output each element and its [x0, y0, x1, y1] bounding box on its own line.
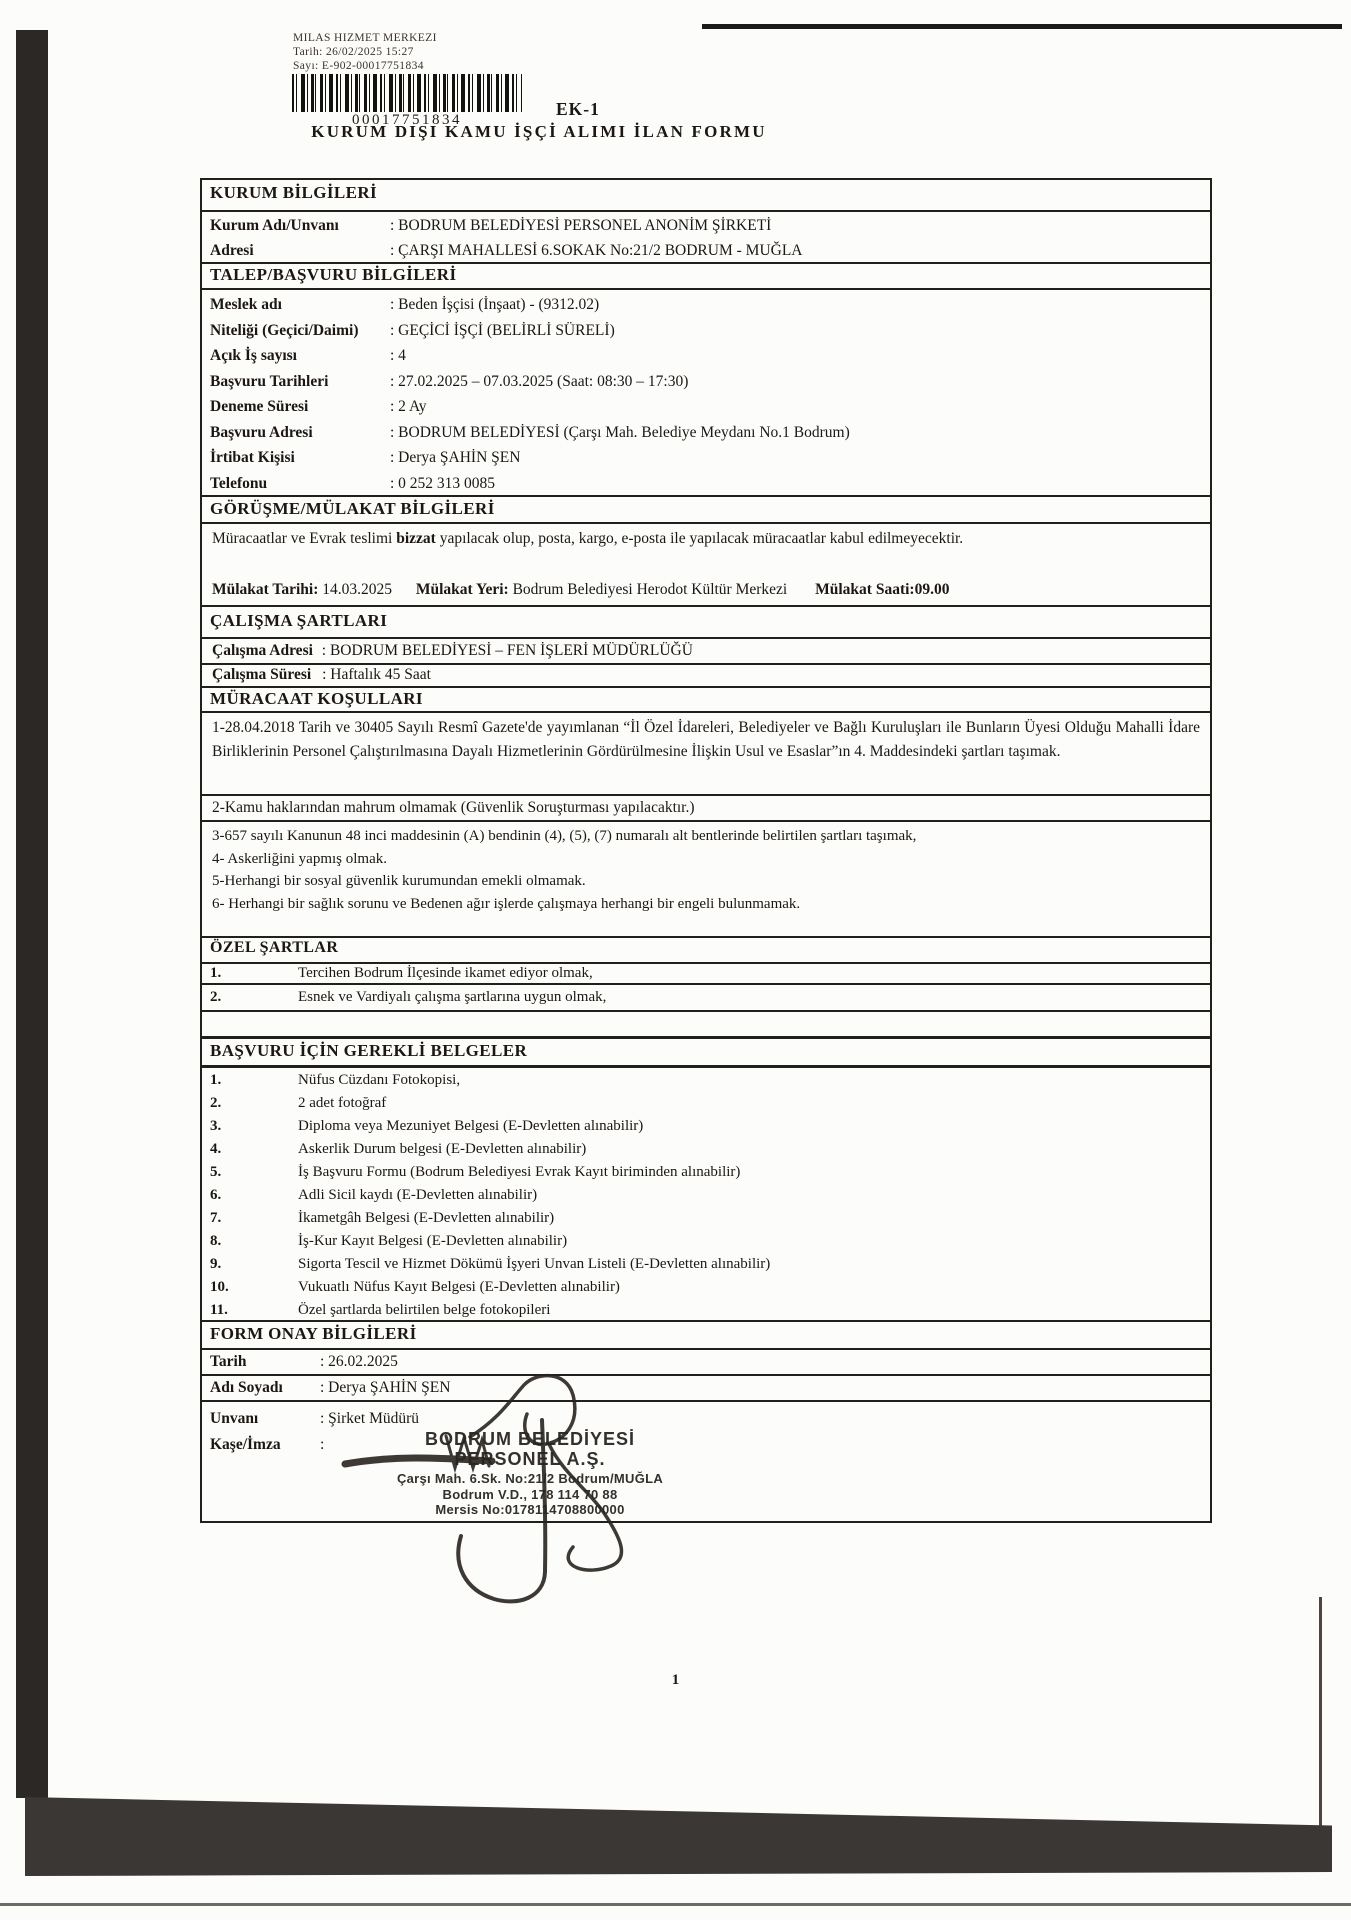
required-doc-row: 1.Nüfus Cüzdanı Fotokopisi,: [202, 1069, 1210, 1092]
company-stamp: BODRUM BELEDİYESİ PERSONEL A.Ş. Çarşı Ma…: [330, 1429, 730, 1518]
doc-text: Nüfus Cüzdanı Fotokopisi,: [298, 1069, 460, 1092]
required-doc-row: 2.2 adet fotoğraf: [202, 1092, 1210, 1115]
gorusme-text-post: yapılacak olup, posta, kargo, e-posta il…: [436, 530, 963, 547]
field-label: Kurum Adı/Unvanı: [210, 213, 390, 238]
field-row: Tarih : 26.02.2025: [202, 1350, 1210, 1376]
doc-number: 10.: [210, 1276, 298, 1299]
required-doc-row: 8.İş-Kur Kayıt Belgesi (E-Devletten alın…: [202, 1230, 1210, 1253]
section-header-talep: TALEP/BAŞVURU BİLGİLERİ: [202, 264, 1210, 290]
stamp-line-3: Çarşı Mah. 6.Sk. No:21/2 Bodrum/MUĞLA: [330, 1471, 730, 1487]
gorusme-text-bold: bizzat: [396, 530, 436, 547]
stamp-line-5: Mersis No:0178114708800000: [330, 1502, 730, 1518]
mulakat-yer-label: Mülakat Yeri:: [416, 581, 509, 598]
field-value: : 26.02.2025: [320, 1350, 1202, 1374]
doc-number: 6.: [210, 1184, 298, 1207]
mulakat-yer-value: Bodrum Belediyesi Herodot Kültür Merkezi: [509, 581, 788, 598]
doc-number: 2.: [210, 1092, 298, 1115]
field-label: Niteliği (Geçici/Daimi): [210, 318, 390, 344]
field-label: Unvanı: [210, 1406, 320, 1432]
bottom-scan-band: [25, 1797, 1332, 1876]
section-header-calisma: ÇALIŞMA ŞARTLARI: [202, 607, 1210, 639]
field-label: Çalışma Adresi: [212, 642, 313, 659]
muracaat-item-4: 4- Askerliğini yapmış olmak.: [212, 848, 1200, 871]
required-doc-row: 9.Sigorta Tescil ve Hizmet Dökümü İşyeri…: [202, 1253, 1210, 1276]
field-value: : 4: [390, 343, 1202, 369]
service-center-name: MILAS HIZMET MERKEZI: [293, 31, 437, 45]
kurum-block: Kurum Adı/Unvanı : BODRUM BELEDİYESİ PER…: [202, 212, 1210, 264]
doc-number: 8.: [210, 1230, 298, 1253]
top-right-scan-line: [702, 24, 1342, 29]
doc-number: 4.: [210, 1138, 298, 1161]
muracaat-item-2: 2-Kamu haklarından mahrum olmamak (Güven…: [202, 796, 1210, 822]
doc-text: İş-Kur Kayıt Belgesi (E-Devletten alınab…: [298, 1230, 567, 1253]
mulakat-tarih-value: 14.03.2025: [318, 581, 392, 598]
required-doc-row: 4.Askerlik Durum belgesi (E-Devletten al…: [202, 1138, 1210, 1161]
bottom-scan-line: [0, 1903, 1351, 1906]
barcode: [292, 74, 522, 112]
field-label: Başvuru Tarihleri: [210, 369, 390, 395]
doc-text: İş Başvuru Formu (Bodrum Belediyesi Evra…: [298, 1161, 740, 1184]
section-header-kurum: KURUM BİLGİLERİ: [202, 180, 1210, 212]
item-text: Esnek ve Vardiyalı çalışma şartlarına uy…: [298, 985, 606, 1010]
field-value: : Derya ŞAHİN ŞEN: [320, 1376, 1202, 1400]
right-scan-line: [1319, 1597, 1322, 1829]
field-value: : BODRUM BELEDİYESİ PERSONEL ANONİM ŞİRK…: [390, 213, 1202, 238]
page-number: 1: [0, 1672, 1351, 1689]
doc-number: 11.: [210, 1299, 298, 1322]
ozel-item-row: 2. Esnek ve Vardiyalı çalışma şartlarına…: [202, 985, 1210, 1012]
doc-number: 5.: [210, 1161, 298, 1184]
required-doc-row: 7.İkametgâh Belgesi (E-Devletten alınabi…: [202, 1207, 1210, 1230]
field-label: Deneme Süresi: [210, 394, 390, 420]
field-row: Kurum Adı/Unvanı : BODRUM BELEDİYESİ PER…: [202, 213, 1210, 238]
section-header-belgeler: BAŞVURU İÇİN GEREKLİ BELGELER: [202, 1039, 1210, 1068]
stamp-line-4: Bodrum V.D., 178 114 70 88: [330, 1487, 730, 1503]
belgeler-block: 1.Nüfus Cüzdanı Fotokopisi, 2.2 adet fot…: [202, 1068, 1210, 1322]
field-value: : BODRUM BELEDİYESİ (Çarşı Mah. Belediye…: [390, 420, 1202, 446]
gorusme-paragraph: Müracaatlar ve Evrak teslimi bizzat yapı…: [202, 524, 1210, 577]
field-row: Niteliği (Geçici/Daimi): GEÇİCİ İŞÇİ (BE…: [202, 318, 1210, 344]
doc-text: 2 adet fotoğraf: [298, 1092, 386, 1115]
gorusme-text-pre: Müracaatlar ve Evrak teslimi: [212, 530, 396, 547]
field-row: İrtibat Kişisi: Derya ŞAHİN ŞEN: [202, 445, 1210, 471]
doc-number: 3.: [210, 1115, 298, 1138]
field-label: Açık İş sayısı: [210, 343, 390, 369]
field-value: : Beden İşçisi (İnşaat) - (9312.02): [390, 292, 1202, 318]
field-value: : GEÇİCİ İŞÇİ (BELİRLİ SÜRELİ): [390, 318, 1202, 344]
muracaat-item-5: 5-Herhangi bir sosyal güvenlik kurumunda…: [212, 870, 1200, 893]
muracaat-item-6: 6- Herhangi bir sağlık sorunu ve Bedenen…: [212, 893, 1200, 916]
field-value: : 27.02.2025 – 07.03.2025 (Saat: 08:30 –…: [390, 369, 1202, 395]
field-row: Açık İş sayısı: 4: [202, 343, 1210, 369]
required-doc-row: 10.Vukuatlı Nüfus Kayıt Belgesi (E-Devle…: [202, 1276, 1210, 1299]
mulakat-saat-label: Mülakat Saati:09.00: [815, 581, 949, 598]
doc-text: Sigorta Tescil ve Hizmet Dökümü İşyeri U…: [298, 1253, 770, 1276]
field-label: İrtibat Kişisi: [210, 445, 390, 471]
doc-text: Özel şartlarda belirtilen belge fotokopi…: [298, 1299, 550, 1322]
field-row: Telefonu: 0 252 313 0085: [202, 471, 1210, 497]
doc-text: Askerlik Durum belgesi (E-Devletten alın…: [298, 1138, 586, 1161]
field-value: : BODRUM BELEDİYESİ – FEN İŞLERİ MÜDÜRLÜ…: [322, 642, 693, 659]
required-doc-row: 3.Diploma veya Mezuniyet Belgesi (E-Devl…: [202, 1115, 1210, 1138]
form-title: KURUM DIŞI KAMU İŞÇİ ALIMI İLAN FORMU: [268, 122, 810, 142]
doc-text: Vukuatlı Nüfus Kayıt Belgesi (E-Devlette…: [298, 1276, 620, 1299]
field-label: Telefonu: [210, 471, 390, 497]
field-row: Deneme Süresi: 2 Ay: [202, 394, 1210, 420]
section-header-gorusme: GÖRÜŞME/MÜLAKAT BİLGİLERİ: [202, 497, 1210, 524]
field-row: Adı Soyadı : Derya ŞAHİN ŞEN: [202, 1376, 1210, 1402]
muracaat-items-3-6: 3-657 sayılı Kanunun 48 inci maddesinin …: [202, 822, 1210, 938]
field-value: : 0 252 313 0085: [390, 471, 1202, 497]
field-row: Çalışma Adresi : BODRUM BELEDİYESİ – FEN…: [202, 639, 1210, 665]
field-label: Adresi: [210, 238, 390, 263]
required-doc-row: 6.Adli Sicil kaydı (E-Devletten alınabil…: [202, 1184, 1210, 1207]
service-center-stamp-text: MILAS HIZMET MERKEZI Tarih: 26/02/2025 1…: [293, 31, 437, 73]
doc-number: 7.: [210, 1207, 298, 1230]
mulakat-row: Mülakat Tarihi: 14.03.2025 Mülakat Yeri:…: [202, 577, 1210, 607]
scanned-document-page: MILAS HIZMET MERKEZI Tarih: 26/02/2025 1…: [0, 0, 1351, 1920]
field-row: Başvuru Adresi: BODRUM BELEDİYESİ (Çarşı…: [202, 420, 1210, 446]
annex-label: EK-1: [556, 99, 600, 120]
left-scan-edge-strip: [16, 30, 48, 1798]
required-doc-row: 5.İş Başvuru Formu (Bodrum Belediyesi Ev…: [202, 1161, 1210, 1184]
field-label: Başvuru Adresi: [210, 420, 390, 446]
field-row: Meslek adı: Beden İşçisi (İnşaat) - (931…: [202, 292, 1210, 318]
section-header-ozel: ÖZEL ŞARTLAR: [202, 938, 1210, 964]
field-label: Adı Soyadı: [210, 1376, 320, 1400]
field-label: Tarih: [210, 1350, 320, 1374]
field-row: Başvuru Tarihleri: 27.02.2025 – 07.03.20…: [202, 369, 1210, 395]
item-text: Tercihen Bodrum İlçesinde ikamet ediyor …: [298, 964, 593, 983]
doc-text: İkametgâh Belgesi (E-Devletten alınabili…: [298, 1207, 554, 1230]
muracaat-item-1: 1-28.04.2018 Tarih ve 30405 Sayılı Resmî…: [202, 713, 1210, 796]
field-value: : Haftalık 45 Saat: [322, 666, 431, 683]
mulakat-tarih-label: Mülakat Tarihi:: [212, 581, 318, 598]
item-number: 2.: [210, 985, 298, 1010]
service-center-number: Sayı: E-902-00017751834: [293, 59, 437, 73]
stamp-line-2: PERSONEL A.Ş.: [330, 1449, 730, 1469]
field-value: : 2 Ay: [390, 394, 1202, 420]
field-value: : Derya ŞAHİN ŞEN: [390, 445, 1202, 471]
doc-number: 1.: [210, 1069, 298, 1092]
field-label: Kaşe/İmza: [210, 1432, 320, 1458]
ozel-empty-row: [202, 1012, 1210, 1039]
field-label: Meslek adı: [210, 292, 390, 318]
field-row: Çalışma Süresi : Haftalık 45 Saat: [202, 665, 1210, 688]
section-header-onay: FORM ONAY BİLGİLERİ: [202, 1322, 1210, 1350]
ozel-item-row: 1. Tercihen Bodrum İlçesinde ikamet ediy…: [202, 964, 1210, 985]
field-value: : ÇARŞI MAHALLESİ 6.SOKAK No:21/2 BODRUM…: [390, 238, 1202, 263]
required-doc-row: 11.Özel şartlarda belirtilen belge fotok…: [202, 1299, 1210, 1322]
muracaat-item-3: 3-657 sayılı Kanunun 48 inci maddesinin …: [212, 825, 1200, 848]
talep-block: Meslek adı: Beden İşçisi (İnşaat) - (931…: [202, 290, 1210, 497]
doc-text: Diploma veya Mezuniyet Belgesi (E-Devlet…: [298, 1115, 643, 1138]
item-number: 1.: [210, 964, 298, 983]
field-row: Adresi : ÇARŞI MAHALLESİ 6.SOKAK No:21/2…: [202, 238, 1210, 263]
stamp-line-1: BODRUM BELEDİYESİ: [330, 1429, 730, 1449]
doc-text: Adli Sicil kaydı (E-Devletten alınabilir…: [298, 1184, 537, 1207]
field-label: Çalışma Süresi: [212, 666, 311, 683]
service-center-date: Tarih: 26/02/2025 15:27: [293, 45, 437, 59]
doc-number: 9.: [210, 1253, 298, 1276]
section-header-muracaat: MÜRACAAT KOŞULLARI: [202, 688, 1210, 713]
form-table: KURUM BİLGİLERİ Kurum Adı/Unvanı : BODRU…: [200, 178, 1212, 1523]
